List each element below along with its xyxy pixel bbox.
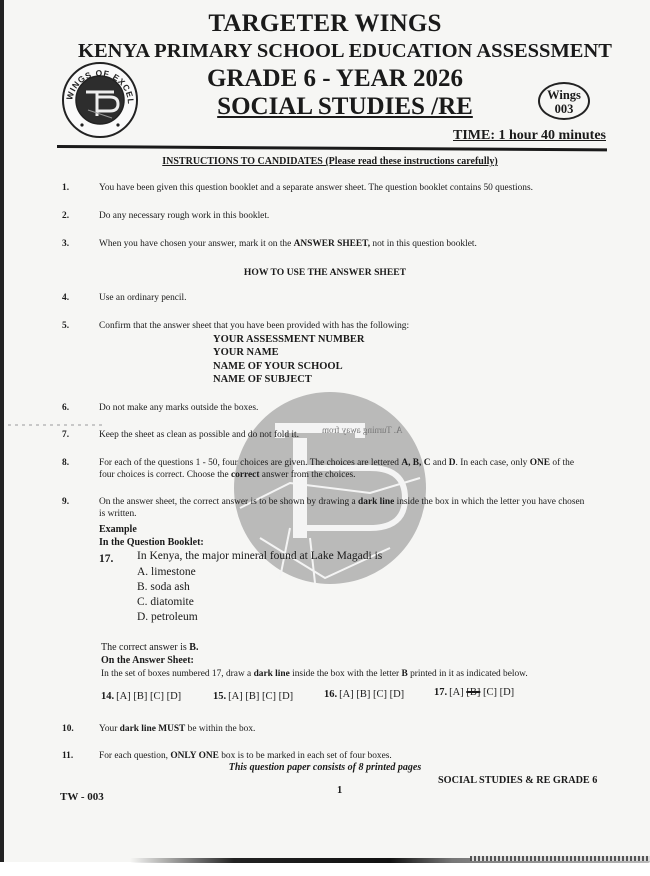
item-number: 1.: [62, 182, 69, 194]
badge-line1: Wings: [540, 88, 588, 102]
example-question-number: 17.: [99, 553, 113, 565]
item-text: Confirm that the answer sheet that you h…: [99, 320, 589, 332]
scan-noise: [8, 424, 103, 426]
item-number: 5.: [62, 320, 69, 332]
scan-bottom-margin: [0, 862, 650, 876]
answer-row-16: 16.[A] [B] [C] [D]: [324, 689, 404, 700]
paper-code-badge: Wings 003: [538, 82, 590, 120]
item-number: 3.: [62, 238, 69, 250]
item-text: When you have chosen your answer, mark i…: [99, 238, 589, 250]
wings-of-excellence-logo-icon: WINGS OF EXCELLENCE: [60, 60, 140, 140]
item-text: Your dark line MUST be within the box.: [99, 723, 589, 735]
bleed-through-text: A. Turning away from: [322, 425, 403, 435]
item-text: On the answer sheet, the correct answer …: [99, 496, 589, 520]
answer-row-17: 17.[A] [B] [C] [D]: [434, 687, 514, 698]
subject-title: SOCIAL STUDIES /RE: [200, 93, 490, 121]
sheet-field: YOUR NAME: [213, 346, 279, 360]
sheet-field: NAME OF YOUR SCHOOL: [213, 360, 343, 374]
item-text: For each of the questions 1 - 50, four c…: [99, 457, 589, 481]
example-option: A. limestone: [137, 566, 196, 578]
item-text: You have been given this question bookle…: [99, 182, 589, 194]
item-number: 6.: [62, 402, 69, 414]
item-number: 8.: [62, 457, 69, 469]
answer-row-14: 14.[A] [B] [C] [D]: [101, 691, 181, 702]
item-number: 11.: [62, 750, 73, 762]
time-allowed: TIME: 1 hour 40 minutes: [453, 128, 606, 144]
item-text: Use an ordinary pencil.: [99, 292, 589, 304]
org-title: TARGETER WINGS: [0, 10, 650, 38]
answer-sheet-heading: HOW TO USE THE ANSWER SHEET: [0, 267, 650, 278]
badge-line2: 003: [540, 102, 588, 116]
assessment-title: KENYA PRIMARY SCHOOL EDUCATION ASSESSMEN…: [60, 40, 630, 63]
item-number: 10.: [62, 723, 74, 735]
page-count-note: This question paper consists of 8 printe…: [0, 762, 650, 773]
item-text: Do any necessary rough work in this book…: [99, 210, 589, 222]
item-number: 4.: [62, 292, 69, 304]
item-text: Do not make any marks outside the boxes.: [99, 402, 589, 414]
sheet-field: NAME OF SUBJECT: [213, 373, 312, 387]
page-number: 1: [337, 785, 342, 796]
page-edge-perforation: [470, 856, 650, 861]
answer-sheet-instruction: In the set of boxes numbered 17, draw a …: [101, 668, 528, 680]
item-number: 7.: [62, 429, 69, 441]
example-option: D. petroleum: [137, 611, 198, 623]
item-number: 9.: [62, 496, 69, 508]
item-number: 2.: [62, 210, 69, 222]
instructions-heading: INSTRUCTIONS TO CANDIDATES (Please read …: [0, 156, 650, 167]
booklet-label: In the Question Booklet:: [99, 537, 204, 549]
example-option: B. soda ash: [137, 581, 190, 593]
paper-code: TW - 003: [60, 791, 104, 803]
scan-edge: [0, 0, 4, 876]
grade-year-title: GRADE 6 - YEAR 2026: [200, 65, 470, 93]
example-option: C. diatomite: [137, 596, 194, 608]
answer-sheet-label: On the Answer Sheet:: [101, 655, 194, 667]
answer-row-15: 15.[A] [B] [C] [D]: [213, 691, 293, 702]
header-divider: [57, 145, 607, 151]
sheet-field: YOUR ASSESSMENT NUMBER: [213, 333, 365, 347]
footer-subject: SOCIAL STUDIES & RE GRADE 6: [438, 775, 597, 786]
item-text: For each question, ONLY ONE box is to be…: [99, 750, 589, 762]
marked-box: [B]: [466, 687, 480, 698]
example-question: In Kenya, the major mineral found at Lak…: [137, 550, 382, 562]
example-label: Example: [99, 524, 137, 536]
correct-answer-note: The correct answer is B.: [101, 642, 198, 654]
